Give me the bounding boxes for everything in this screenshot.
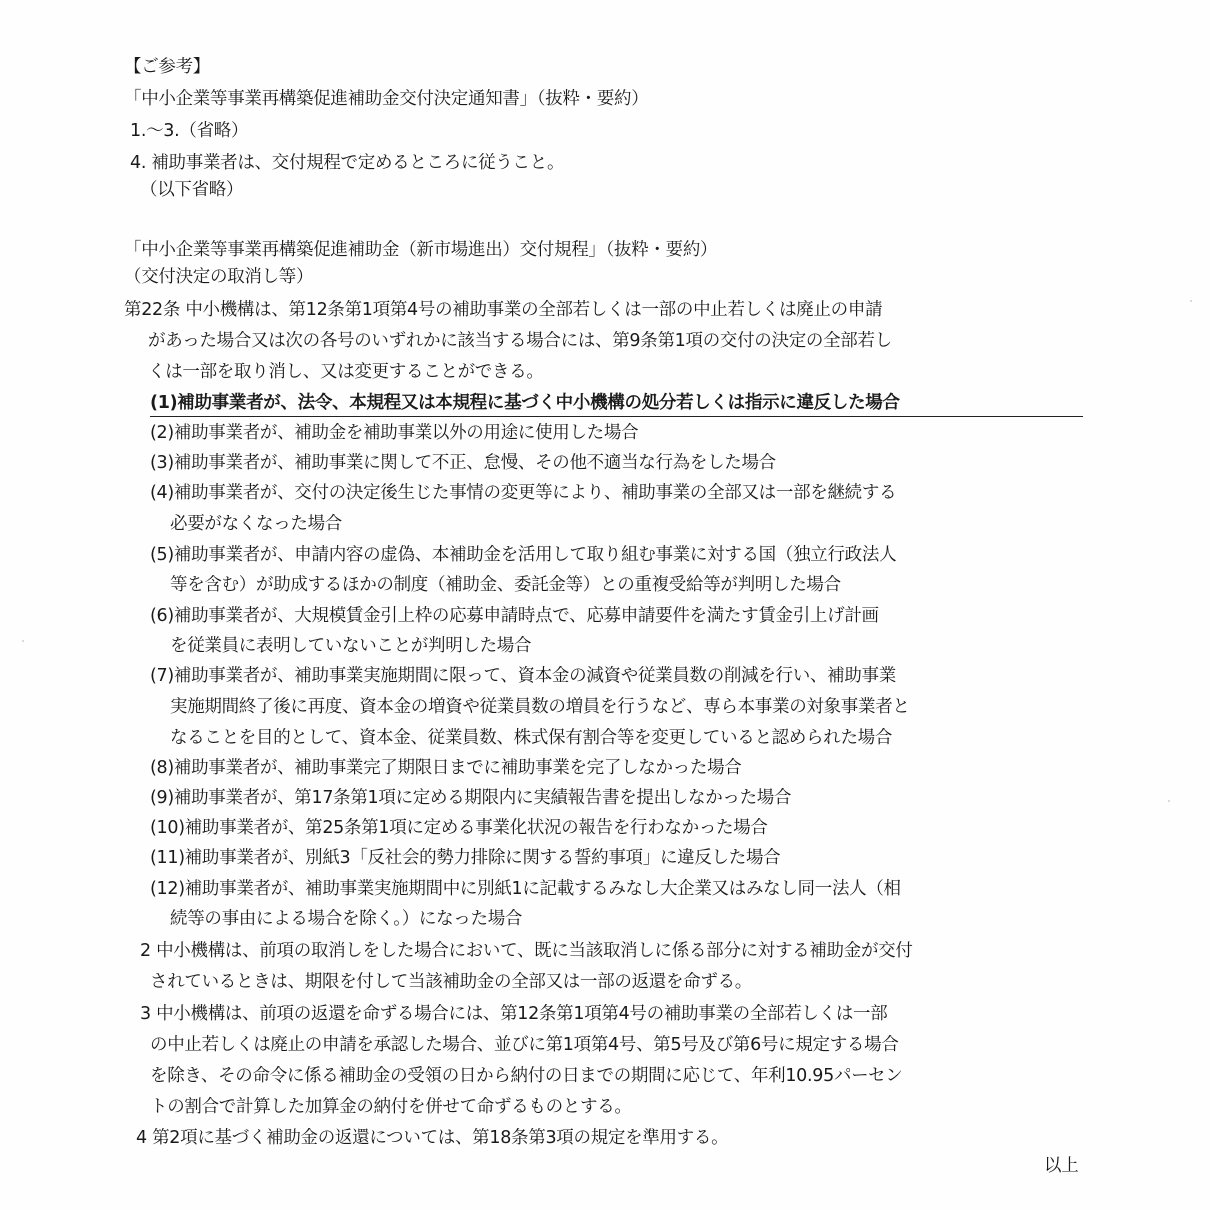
clause-10: (10)補助事業者が、第25条第1項に定める事業化状況の報告を行わなかった場合	[150, 816, 768, 840]
clause-12-cont: 続等の事由による場合を除く。）になった場合	[170, 907, 522, 931]
clause-9: (9)補助事業者が、第17条第1項に定める期限内に実績報告書を提出しなかった場合	[150, 786, 791, 810]
article-22-text: 第22条 中小機構は、第12条第1項第4号の補助事業の全部若しくは一部の中止若し…	[124, 298, 882, 322]
paragraph-3-cont: を除き、その命令に係る補助金の受領の日から納付の日までの期間に応じて、年利10.…	[150, 1064, 902, 1088]
clause-4-cont: 必要がなくなった場合	[170, 512, 342, 536]
paragraph-3-cont: トの割合で計算した加算金の納付を併せて命ずるものとする。	[150, 1095, 632, 1119]
closing-mark: 以上	[1044, 1154, 1078, 1178]
clause-11: (11)補助事業者が、別紙3「反社会的勢力排除に関する誓約事項」に違反した場合	[150, 846, 780, 870]
clause-7-cont: なることを目的として、資本金、従業員数、株式保有割合等を変更していると認められた…	[170, 726, 892, 750]
article-22-text: くは一部を取り消し、又は変更することができる。	[148, 360, 544, 384]
clause-7: (7)補助事業者が、補助事業実施期間に限って、資本金の減資や従業員数の削減を行い…	[150, 664, 896, 688]
notice-item: 1.～3.（省略）	[130, 119, 248, 143]
clause-12: (12)補助事業者が、補助事業実施期間中に別紙1に記載するみなし大企業又はみなし…	[150, 877, 901, 901]
clause-3: (3)補助事業者が、補助事業に関して不正、怠慢、その他不適当な行為をした場合	[150, 451, 776, 475]
clause-8: (8)補助事業者が、補助事業完了期限日までに補助事業を完了しなかった場合	[150, 756, 742, 780]
section-caption: （交付決定の取消し等）	[124, 265, 313, 289]
regulation-title: 「中小企業等事業再構築促進補助金（新市場進出）交付規程」（抜粋・要約）	[124, 238, 717, 262]
notice-item: 4. 補助事業者は、交付規程で定めるところに従うこと。	[130, 151, 564, 175]
paragraph-2: 2 中小機構は、前項の取消しをした場合において、既に当該取消しに係る部分に対する…	[140, 939, 913, 963]
scanned-document-page: 【ご参考】 「中小企業等事業再構築促進補助金交付決定通知書」（抜粋・要約） 1.…	[0, 0, 1210, 1210]
clause-6-cont: を従業員に表明していないことが判明した場合	[170, 634, 531, 658]
notice-item: （以下省略）	[140, 178, 243, 202]
scan-speck	[1190, 300, 1192, 302]
clause-5: (5)補助事業者が、申請内容の虚偽、本補助金を活用して取り組む事業に対する国（独…	[150, 543, 896, 567]
clause-5-cont: 等を含む）が助成するほかの制度（補助金、委託金等）との重複受給等が判明した場合	[170, 573, 841, 597]
clause-1-emphasized: (1)補助事業者が、法令、本規程又は本規程に基づく中小機構の処分若しくは指示に違…	[150, 391, 1083, 417]
clause-4: (4)補助事業者が、交付の決定後生じた事情の変更等により、補助事業の全部又は一部…	[150, 481, 896, 505]
scan-speck	[1168, 800, 1170, 802]
notice-title: 「中小企業等事業再構築促進補助金交付決定通知書」（抜粋・要約）	[124, 87, 648, 111]
reference-heading: 【ご参考】	[124, 55, 210, 79]
clause-6: (6)補助事業者が、大規模賃金引上枠の応募申請時点で、応募申請要件を満たす賃金引…	[150, 604, 879, 628]
scan-speck	[22, 640, 24, 642]
article-22-text: があった場合又は次の各号のいずれかに該当する場合には、第9条第1項の交付の決定の…	[148, 329, 892, 353]
clause-2: (2)補助事業者が、補助金を補助事業以外の用途に使用した場合	[150, 421, 638, 445]
paragraph-2-cont: されているときは、期限を付して当該補助金の全部又は一部の返還を命ずる。	[150, 970, 752, 994]
paragraph-3-cont: の中止若しくは廃止の申請を承認した場合、並びに第1項第4号、第5号及び第6号に規…	[150, 1033, 899, 1057]
paragraph-3: 3 中小機構は、前項の返還を命ずる場合には、第12条第1項第4号の補助事業の全部…	[140, 1002, 887, 1026]
clause-7-cont: 実施期間終了後に再度、資本金の増資や従業員数の増員を行うなど、専ら本事業の対象事…	[170, 695, 910, 719]
paragraph-4: 4 第2項に基づく補助金の返還については、第18条第3項の規定を準用する。	[136, 1126, 728, 1150]
